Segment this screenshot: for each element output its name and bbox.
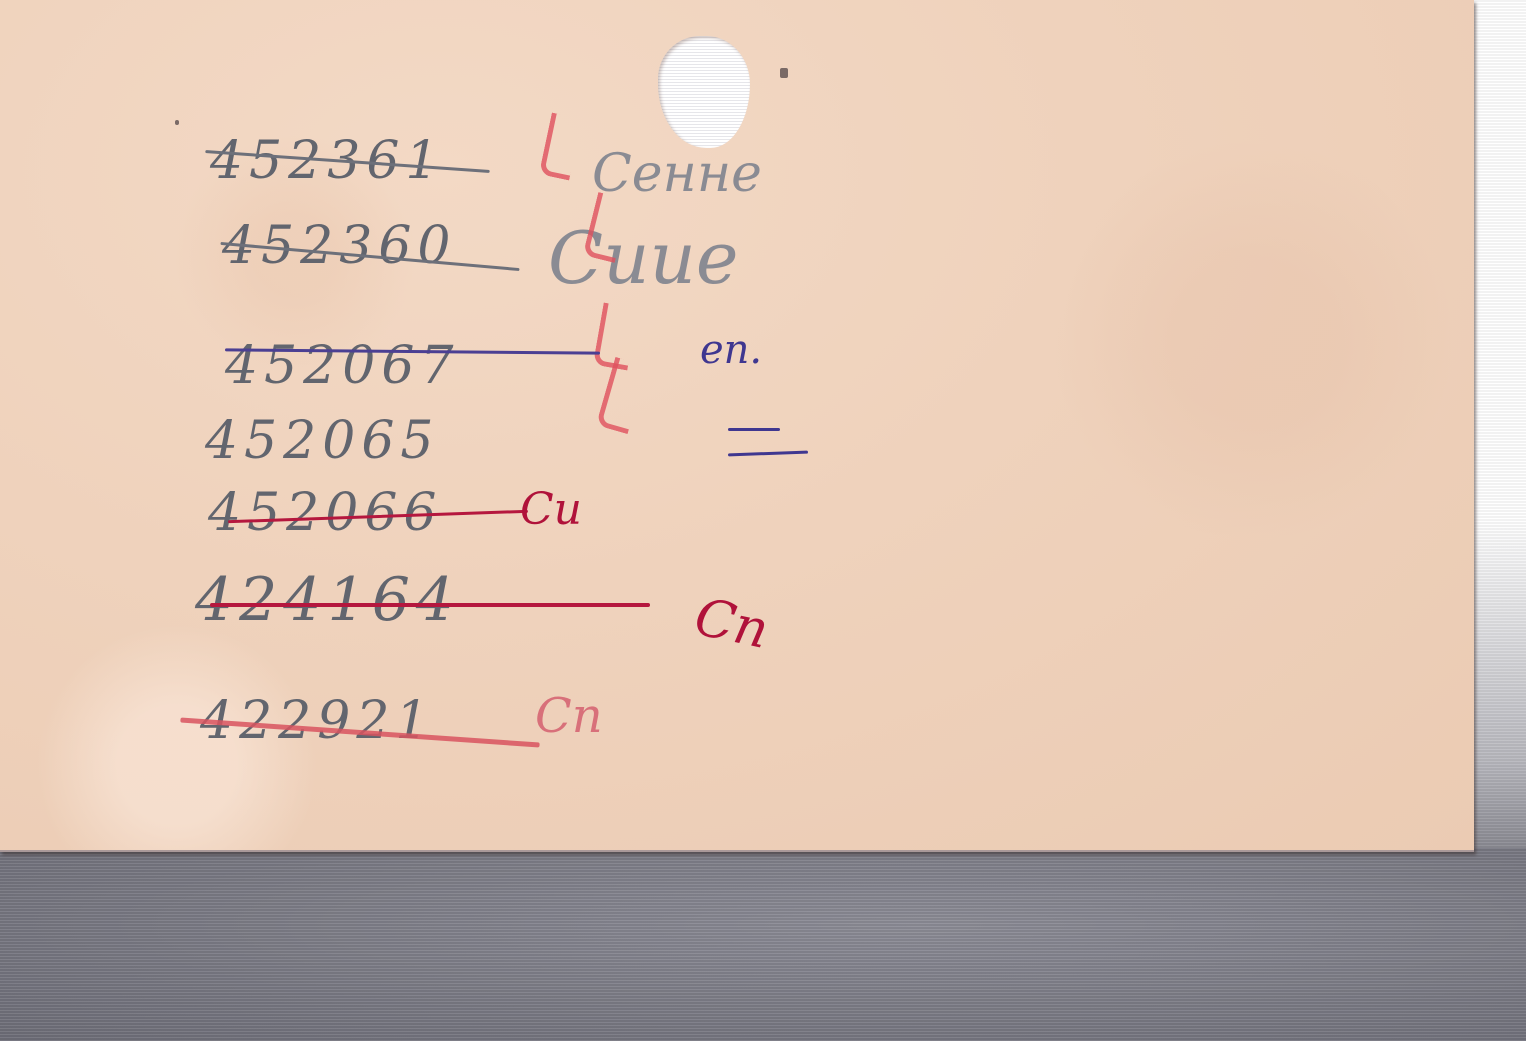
- index-card: 452361 Сенне 452360 Cuue 452067 en. 4520…: [0, 0, 1474, 852]
- entry-note: Cn: [535, 692, 603, 740]
- entry-note: Сенне: [592, 148, 762, 200]
- punch-hole: [658, 36, 750, 148]
- entry-note: en.: [700, 330, 762, 370]
- entry-note: Cn: [690, 591, 772, 657]
- paper-speck: [175, 120, 179, 125]
- scanner-bed-bottom: [0, 848, 1526, 1041]
- strikethrough-red: [210, 603, 650, 607]
- ditto-mark: [728, 428, 780, 431]
- red-check-mark: [596, 357, 647, 434]
- ditto-mark: [728, 451, 808, 457]
- entry-note: Cu: [520, 488, 582, 532]
- entry-number: 424164: [195, 570, 460, 630]
- entry-note: Cuue: [548, 222, 738, 294]
- paper-speck: [780, 68, 788, 78]
- entry-number: 452065: [205, 415, 440, 467]
- red-check-mark: [539, 112, 582, 180]
